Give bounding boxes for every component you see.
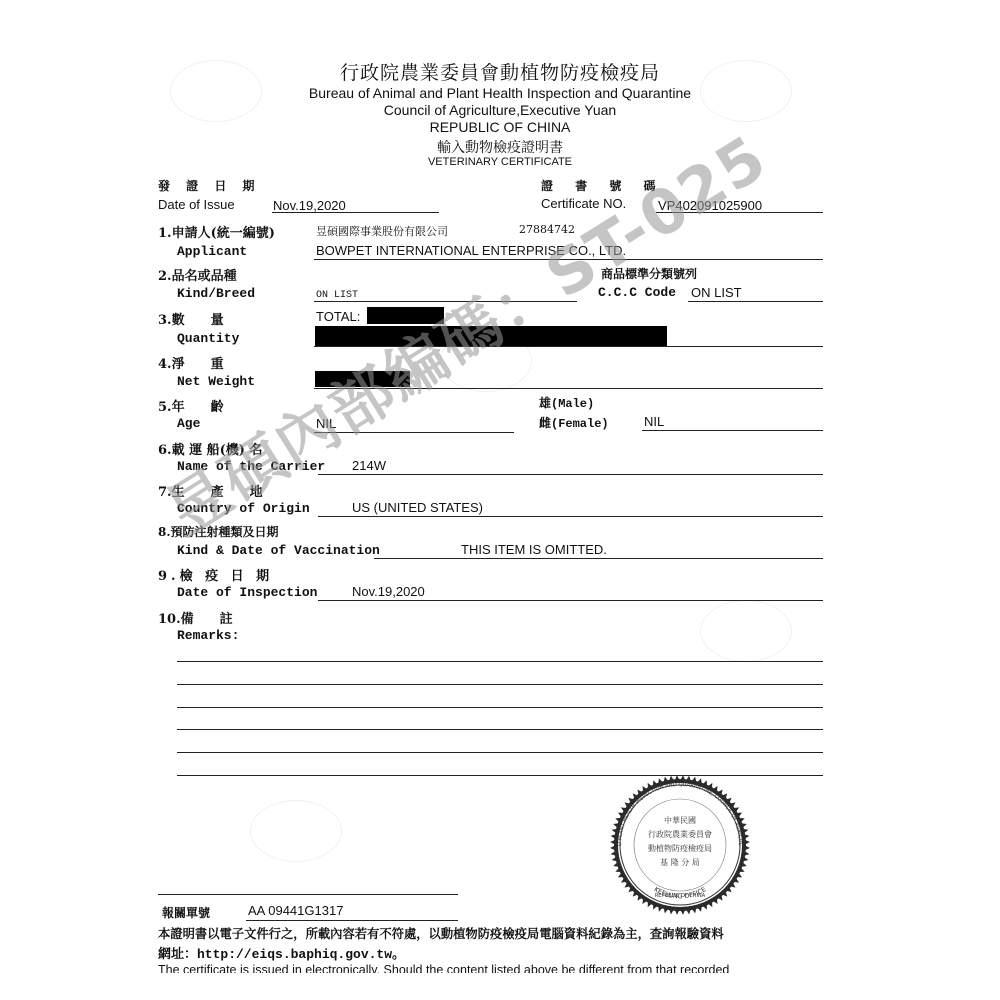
customs-label: 報關單號 xyxy=(162,904,210,921)
official-seal: BUREAU OF ANIMAL AND PLANT HEALTH INSPEC… xyxy=(595,775,765,915)
quantity-prefix: TOTAL: xyxy=(316,309,360,324)
issue-date-label: Date of Issue xyxy=(158,197,235,212)
customs-value: AA 09441G1317 xyxy=(248,903,343,918)
remarks-label-zh: 10.備 註 xyxy=(158,608,233,627)
kind-label: Kind/Breed xyxy=(177,286,255,301)
remarks-line xyxy=(177,729,823,730)
remarks-label: Remarks: xyxy=(177,628,239,643)
age-label: Age xyxy=(177,416,200,431)
agency-name-zh: 行政院農業委員會動植物防疫檢疫局 xyxy=(0,58,1000,85)
carrier-value: 214W xyxy=(352,458,386,473)
seal-country: REPUBLIC OF CHINA xyxy=(595,893,765,899)
document-title-en: VETERINARY CERTIFICATE xyxy=(0,156,1000,168)
seal-line-3: 動植物防疫檢疫局 xyxy=(595,843,765,854)
applicant-label: Applicant xyxy=(177,244,247,259)
remarks-line xyxy=(177,707,823,708)
sex-underline xyxy=(642,430,823,431)
origin-value: US (UNITED STATES) xyxy=(352,500,483,515)
vaccination-value: THIS ITEM IS OMITTED. xyxy=(461,542,607,557)
seal-line-4: 基 隆 分 局 xyxy=(595,857,765,868)
footer-notice-en-clip: The certificate is issued in electronica… xyxy=(158,962,828,973)
certificate-page: 行政院農業委員會動植物防疫檢疫局 Bureau of Animal and Pl… xyxy=(0,0,1000,1000)
country-name: REPUBLIC OF CHINA xyxy=(0,119,1000,135)
ccc-underline xyxy=(688,301,823,302)
male-label: 雄(Male) xyxy=(539,394,594,411)
carrier-underline xyxy=(318,474,823,475)
inspection-value: Nov.19,2020 xyxy=(352,584,425,599)
remarks-line xyxy=(177,752,823,753)
remarks-line xyxy=(177,661,823,662)
inspection-label: Date of Inspection xyxy=(177,585,317,600)
applicant-name-zh: 昱碩國際事業股份有限公司 xyxy=(316,223,448,239)
sex-value: NIL xyxy=(644,414,664,429)
ccc-value: ON LIST xyxy=(691,285,742,300)
internal-code-watermark: 昱碩內部編碼：ST-025 xyxy=(146,110,781,553)
customs-top-rule xyxy=(158,894,458,895)
vaccination-label: Kind & Date of Vaccination xyxy=(177,543,380,558)
origin-underline xyxy=(318,516,823,517)
net-weight-label-zh: 4.淨 重 xyxy=(158,353,224,372)
net-weight-label: Net Weight xyxy=(177,374,255,389)
inspection-label-zh: 9.檢 疫 日 期 xyxy=(158,565,273,584)
remarks-line xyxy=(177,684,823,685)
issue-date-value: Nov.19,2020 xyxy=(273,198,346,213)
council-name-en: Council of Agriculture,Executive Yuan xyxy=(0,102,1000,118)
quantity-label-zh: 3.數 量 xyxy=(158,309,224,328)
footer-notice-en: The certificate is issued in electronica… xyxy=(158,963,729,973)
quantity-label: Quantity xyxy=(177,331,239,346)
agency-name-en: Bureau of Animal and Plant Health Inspec… xyxy=(0,85,1000,101)
age-label-zh: 5.年 齡 xyxy=(158,396,224,415)
document-title-zh: 輸入動物檢疫證明書 xyxy=(0,137,1000,157)
issue-date-underline xyxy=(272,212,439,213)
seal-line-2: 行政院農業委員會 xyxy=(595,829,765,840)
female-label: 雌(Female) xyxy=(539,414,609,431)
background-pattern xyxy=(700,600,792,662)
footer-notice-zh: 本證明書以電子文件行之，所載內容若有不符處，以動植物防疫檢疫局電腦資料紀錄為主，… xyxy=(158,924,724,942)
inspection-underline xyxy=(318,600,823,601)
seal-line-1: 中華民國 xyxy=(595,815,765,826)
kind-label-zh: 2.品名或品種 xyxy=(158,265,237,284)
footer-url[interactable]: 網址：http://eiqs.baphiq.gov.tw。 xyxy=(158,943,405,962)
customs-underline xyxy=(246,920,458,921)
applicant-label-zh: 1.申請人(統一編號) xyxy=(158,222,275,241)
vaccination-underline xyxy=(374,558,823,559)
kind-value: ON LIST xyxy=(316,290,358,301)
issue-date-label-zh: 發 證 日 期 xyxy=(158,177,261,194)
background-pattern xyxy=(250,800,342,862)
